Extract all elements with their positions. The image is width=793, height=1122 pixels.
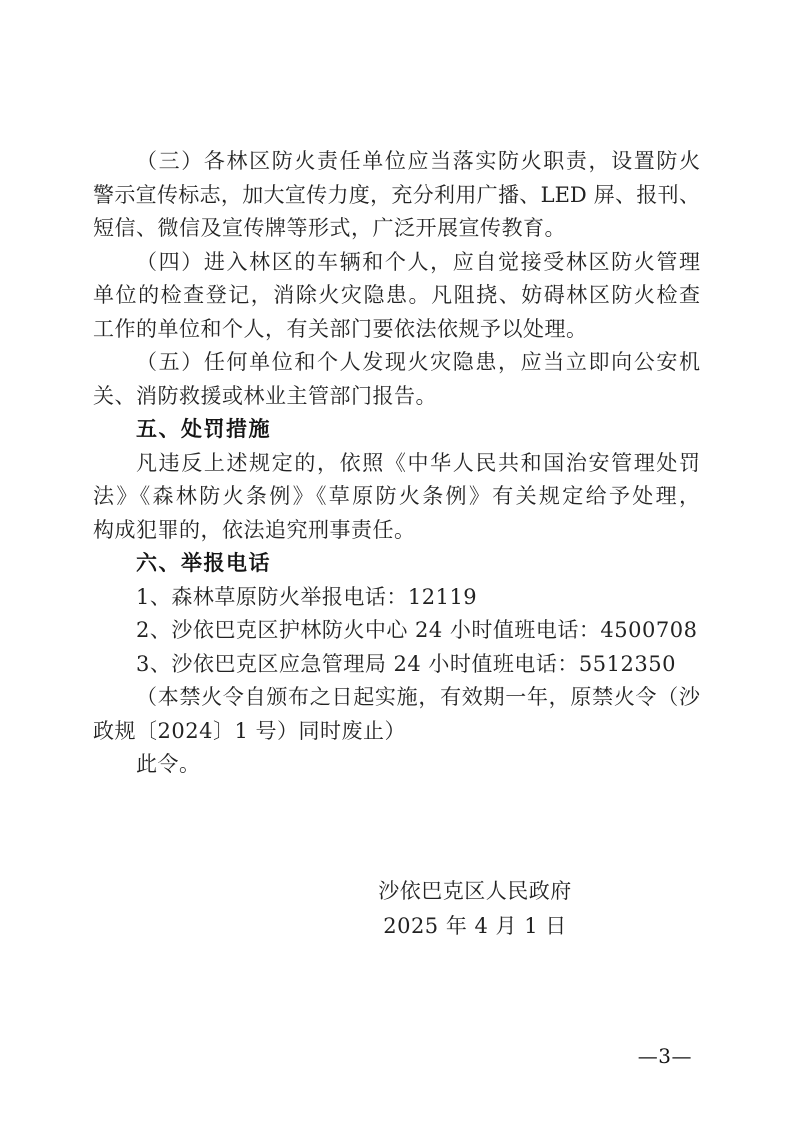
- text-line: 3、沙依巴克区应急管理局 24 小时值班电话：5512350: [93, 648, 700, 682]
- page-number: —3—: [638, 1044, 692, 1068]
- text-line: 政规〔2024〕1 号）同时废止）: [93, 715, 700, 749]
- text-line: 六、举报电话: [93, 547, 700, 581]
- text-line: 凡违反上述规定的，依照《中华人民共和国治安管理处罚: [93, 447, 700, 481]
- text-line: （五）任何单位和个人发现火灾隐患，应当立即向公安机: [93, 346, 700, 380]
- text-line: 五、处罚措施: [93, 413, 700, 447]
- signature-date: 2025 年 4 月 1 日: [345, 909, 605, 944]
- text-line: 单位的检查登记，消除火灾隐患。凡阻挠、妨碍林区防火检查: [93, 279, 700, 313]
- text-line: 此令。: [93, 748, 700, 782]
- text-line: 警示宣传标志，加大宣传力度，充分利用广播、LED 屏、报刊、: [93, 179, 700, 213]
- text-line: 1、森林草原防火举报电话：12119: [93, 581, 700, 615]
- text-line: （四）进入林区的车辆和个人，应自觉接受林区防火管理: [93, 246, 700, 280]
- text-line: 构成犯罪的，依法追究刑事责任。: [93, 514, 700, 548]
- signature-block: 沙依巴克区人民政府 2025 年 4 月 1 日: [345, 874, 605, 944]
- text-line: 短信、微信及宣传牌等形式，广泛开展宣传教育。: [93, 212, 700, 246]
- text-line: 法》《森林防火条例》《草原防火条例》有关规定给予处理，: [93, 480, 700, 514]
- document-body: （三）各林区防火责任单位应当落实防火职责，设置防火警示宣传标志，加大宣传力度，充…: [93, 145, 700, 782]
- text-line: 关、消防救援或林业主管部门报告。: [93, 380, 700, 414]
- text-line: （本禁火令自颁布之日起实施，有效期一年，原禁火令（沙: [93, 681, 700, 715]
- text-line: （三）各林区防火责任单位应当落实防火职责，设置防火: [93, 145, 700, 179]
- signature-issuer: 沙依巴克区人民政府: [345, 874, 605, 909]
- text-line: 2、沙依巴克区护林防火中心 24 小时值班电话：4500708: [93, 614, 700, 648]
- document-page: （三）各林区防火责任单位应当落实防火职责，设置防火警示宣传标志，加大宣传力度，充…: [0, 0, 793, 1122]
- text-line: 工作的单位和个人，有关部门要依法依规予以处理。: [93, 313, 700, 347]
